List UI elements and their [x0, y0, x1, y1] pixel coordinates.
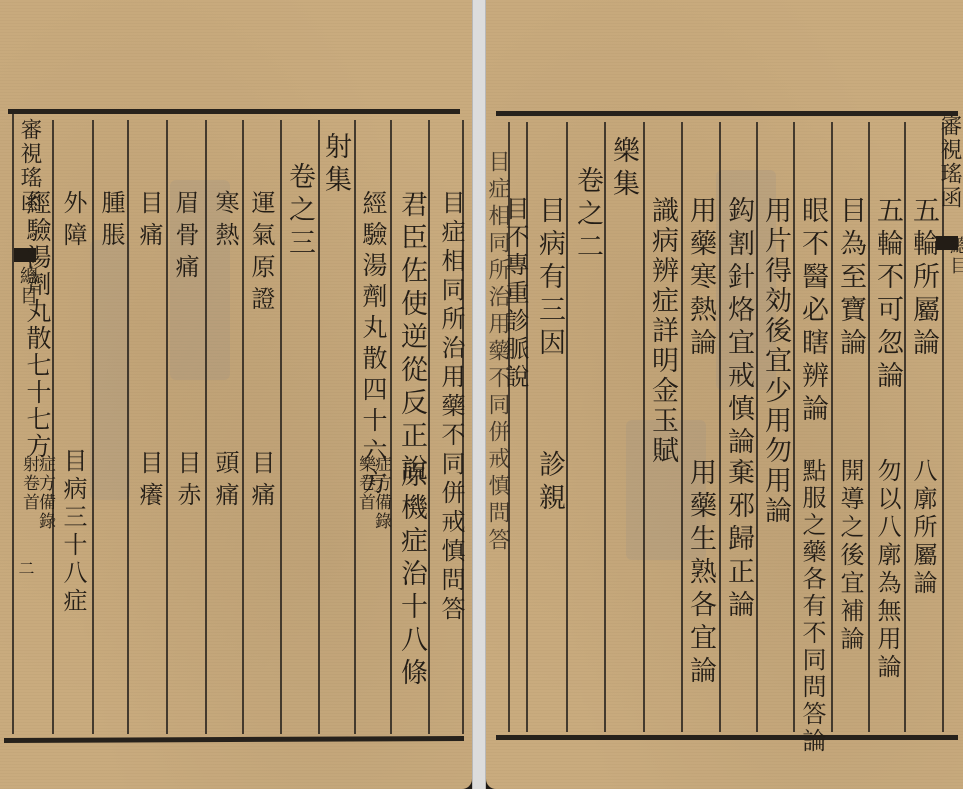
column-rule [719, 122, 721, 732]
toc-entry: 經驗湯劑丸散四十六方 [358, 190, 388, 500]
toc-entry: 用片得効後宜少用勿用論 [760, 196, 790, 526]
toc-entry: 腫脹 [96, 190, 126, 254]
volume-title: 卷之二 [572, 166, 602, 265]
page-divider [472, 0, 486, 789]
bottom-border-rule [496, 735, 958, 740]
toc-entry: 目痛 [134, 190, 164, 254]
toc-entry: 點服之藥各有不同問答論 [797, 458, 827, 755]
toc-entry: 原機症治十八條 [396, 460, 426, 691]
column-rule [92, 120, 94, 734]
column-rule [643, 122, 645, 732]
bottom-border-rule [4, 736, 464, 743]
toc-entry: 五輪所屬論 [908, 196, 938, 361]
page-number: 二 [14, 560, 37, 578]
toc-entry: 頭痛 [210, 450, 240, 514]
column-rule [868, 122, 870, 732]
toc-entry: 目不專重診脈說 [500, 196, 530, 392]
toc-note: 射卷首 [20, 455, 38, 512]
column-rule [942, 122, 944, 732]
column-rule [681, 122, 683, 732]
column-rule [831, 122, 833, 732]
collection-title: 射集 [320, 132, 350, 198]
toc-entry: 目赤 [172, 450, 202, 514]
toc-entry: 眼不醫必瞎辨論 [797, 196, 827, 427]
toc-entry: 目病三十八症 [58, 448, 88, 616]
column-rule [166, 120, 168, 734]
toc-entry: 目為至寶論 [835, 196, 865, 361]
toc-entry: 眉骨痛 [170, 190, 200, 286]
toc-entry: 用藥寒熱論 [685, 196, 715, 361]
toc-entry: 目癢 [134, 450, 164, 514]
column-rule [354, 120, 356, 734]
toc-entry: 目痛 [246, 450, 276, 514]
toc-entry: 識病辨症詳明金玉賦 [647, 196, 677, 466]
volume-title: 卷之三 [284, 162, 314, 261]
toc-entry: 鈎割針烙宜戒慎論 [723, 196, 753, 460]
column-rule [793, 122, 795, 732]
margin-section: 總目 [944, 236, 963, 276]
toc-note: 樂卷首 [356, 455, 374, 512]
toc-entry: 寒熱 [210, 190, 240, 254]
column-rule [604, 122, 606, 732]
toc-entry: 君臣佐使逆從反正說 [396, 190, 426, 487]
left-page: 審視瑤函 總目 二 目症相同所治用藥不同併戒慎問答 君臣佐使逆從反正說 原機症治… [0, 0, 472, 789]
toc-entry: 診親 [534, 450, 564, 516]
toc-entry: 棄邪歸正論 [723, 458, 753, 623]
collection-title: 樂集 [608, 136, 638, 202]
column-rule [280, 120, 282, 734]
toc-entry: 外障 [58, 190, 88, 254]
column-rule [52, 120, 54, 734]
toc-entry: 八廓所屬論 [908, 458, 938, 598]
toc-entry: 運氣原證 [246, 190, 276, 318]
column-rule [428, 120, 430, 734]
toc-entry: 勿以八廓為無用論 [872, 458, 902, 682]
column-rule [318, 120, 320, 734]
toc-entry: 經驗湯劑丸散七十七方 [22, 190, 52, 460]
column-rule [566, 122, 568, 732]
column-rule [242, 120, 244, 734]
bleed-through-stain [90, 240, 130, 500]
column-rule [904, 122, 906, 732]
top-border-rule [496, 111, 958, 116]
top-border-rule [8, 109, 460, 114]
toc-entry: 用藥生熟各宜論 [685, 458, 715, 689]
toc-entry: 目病有三因 [534, 196, 564, 361]
right-page: 目症相同所治用藥不同併戒慎問答 審視瑤函 總目 五輪所屬論 八廓所屬論 五輪不可… [486, 0, 963, 789]
column-rule [127, 120, 129, 734]
column-rule [205, 120, 207, 734]
column-rule [390, 120, 392, 734]
toc-entry: 目症相同所治用藥不同併戒慎問答 [436, 190, 466, 625]
toc-entry: 五輪不可忽論 [872, 196, 902, 394]
toc-entry: 開導之後宜補論 [835, 458, 865, 654]
column-rule [756, 122, 758, 732]
